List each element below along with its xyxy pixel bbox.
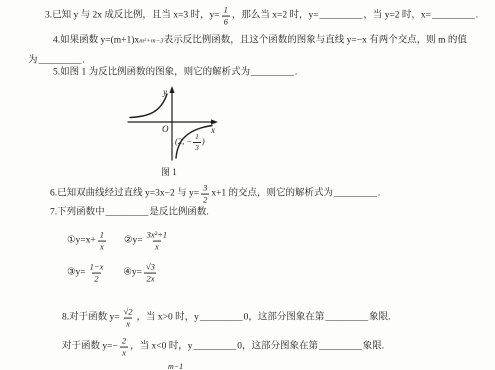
fraction-denominator: 2x bbox=[144, 273, 156, 284]
problem-4-text-2: 表示反比例函数，且这个函数的图象与直线 y=−x 有两个交点，则 m 的值 bbox=[164, 36, 467, 47]
fraction-two-over-x: 2 x bbox=[120, 337, 128, 358]
fraction-denominator: 6 bbox=[222, 16, 230, 27]
problem-8-text-2: ，当 x>0 时，y bbox=[137, 313, 199, 324]
options-row-2: ③y= 1−x 2 ④y= √3 2x bbox=[67, 263, 159, 284]
problem-3-text-3: ，当 y=2 时，x= bbox=[363, 11, 431, 22]
point-suffix: ) bbox=[202, 137, 205, 147]
y-axis-label: y bbox=[162, 87, 167, 97]
problem-8-line-1: 8.对于函数 y= √2 x ，当 x>0 时，y _________ 0，这部… bbox=[62, 308, 391, 329]
problem-6-text-2: x+1 的交点，则它的解析式为 bbox=[211, 189, 333, 200]
problem-6-text-3: . bbox=[378, 189, 380, 200]
problem-4-text-3: 为 bbox=[28, 56, 38, 67]
blank-line: _________ bbox=[334, 189, 377, 200]
fraction-one-third: 1 3 bbox=[193, 133, 201, 152]
point-prefix: (2, − bbox=[175, 137, 192, 147]
fraction-denominator: x bbox=[153, 241, 161, 252]
blank-line: _________ bbox=[325, 313, 368, 324]
fraction-sqrt2-over-x: √2 x bbox=[122, 308, 135, 329]
fraction-numerator: 3 bbox=[201, 184, 209, 194]
problem-8b-text-4: 象限. bbox=[363, 342, 384, 353]
problem-8-text-4: 象限. bbox=[369, 313, 390, 324]
problem-5-text-2: . bbox=[295, 68, 297, 79]
problem-4-text-4: . bbox=[82, 56, 84, 67]
problem-7-text-2: 是反比例函数. bbox=[149, 208, 208, 219]
hyperbola-graph: y x O bbox=[125, 84, 257, 180]
blank-line: _________ bbox=[432, 11, 475, 22]
option-4-fraction: √3 2x bbox=[144, 263, 157, 284]
fraction-three-halves: 3 2 bbox=[201, 184, 209, 205]
worksheet-page: 3.已知 y 与 2x 成反比例，且当 x=3 时，y= 1 6 ，那么当 x=… bbox=[0, 0, 495, 370]
option-1-prefix: ①y=x+ bbox=[67, 236, 96, 247]
problem-3-text-2: ，那么当 x=2 时，y= bbox=[232, 11, 319, 22]
problem-3-text-4: . bbox=[476, 11, 478, 22]
blank-line: _________ bbox=[320, 11, 363, 22]
fraction-numerator: 3x²+1 bbox=[145, 231, 170, 241]
fraction-one-sixth: 1 6 bbox=[222, 6, 230, 27]
blank-line: _________ bbox=[193, 342, 236, 353]
figure-caption: 图 1 bbox=[161, 167, 211, 177]
option-3-fraction: 1−x 2 bbox=[88, 263, 106, 284]
option-1-fraction: 1 x bbox=[98, 231, 106, 252]
option-4-prefix: ④y= bbox=[123, 268, 142, 279]
problem-4: 4.如果函数 y=(m+1)xm²+m−3 表示反比例函数，且这个函数的图象与直… bbox=[53, 36, 467, 47]
problem-8b-text-1: 对于函数 y=− bbox=[62, 342, 118, 353]
options-row-1: ①y=x+ 1 x ②y= 3x²+1 x bbox=[67, 231, 171, 252]
fraction-numerator: 1 bbox=[193, 133, 201, 142]
origin-label: O bbox=[162, 124, 169, 134]
fraction-numerator: 2 bbox=[120, 337, 128, 347]
exponent: m²+m−3 bbox=[139, 37, 164, 44]
problem-8b-text-2: ，当 x<0 时，y bbox=[130, 342, 192, 353]
blank-line: _________ bbox=[39, 56, 82, 67]
next-problem-fragment: m−1 bbox=[168, 362, 183, 370]
fraction-numerator: √3 bbox=[144, 263, 157, 273]
problem-8-text-3: 0，这部分图象在第 bbox=[244, 313, 325, 324]
problem-8b-text-3: 0，这部分图象在第 bbox=[237, 342, 318, 353]
fraction-numerator: 1 bbox=[98, 231, 106, 241]
fraction-numerator: √2 bbox=[122, 308, 135, 318]
fraction-denominator: 3 bbox=[193, 142, 201, 152]
problem-7-text-1: 7.下列函数中 bbox=[50, 208, 105, 219]
figure-1: y x O (2, − 1 3 ) 图 1 bbox=[125, 84, 257, 180]
fraction-denominator: 2 bbox=[201, 194, 209, 205]
problem-8-text-1: 8.对于函数 y= bbox=[62, 313, 120, 324]
problem-6: 6.已知双曲线经过直线 y=3x−2 与 y= 3 2 x+1 的交点，则它的解… bbox=[50, 184, 380, 205]
problem-3: 3.已知 y 与 2x 成反比例，且当 x=3 时，y= 1 6 ，那么当 x=… bbox=[45, 6, 478, 27]
blank-line: _________ bbox=[106, 208, 149, 219]
fragment-text: m−1 bbox=[168, 362, 183, 370]
y-axis-arrow-icon bbox=[169, 86, 174, 93]
problem-6-text-1: 6.已知双曲线经过直线 y=3x−2 与 y= bbox=[50, 189, 199, 200]
option-3-prefix: ③y= bbox=[67, 268, 86, 279]
x-axis-label: x bbox=[210, 125, 215, 135]
option-2-prefix: ②y= bbox=[124, 236, 143, 247]
fraction-denominator: x bbox=[120, 347, 128, 358]
blank-line: _________ bbox=[251, 68, 294, 79]
x-axis-arrow-icon bbox=[211, 119, 218, 124]
blank-line: _________ bbox=[200, 313, 243, 324]
problem-3-text-1: 3.已知 y 与 2x 成反比例，且当 x=3 时，y= bbox=[45, 11, 220, 22]
problem-5-text-1: 5.如图 1 为反比例函数的图象，则它的解析式为 bbox=[53, 68, 250, 79]
problem-4-text-1: 4.如果函数 y=(m+1)x bbox=[53, 36, 139, 47]
fraction-denominator: x bbox=[98, 241, 106, 252]
fraction-denominator: 2 bbox=[92, 273, 100, 284]
problem-7: 7.下列函数中 _________ 是反比例函数. bbox=[50, 208, 209, 219]
blank-line: _________ bbox=[319, 342, 362, 353]
problem-5: 5.如图 1 为反比例函数的图象，则它的解析式为 _________ . bbox=[53, 68, 297, 79]
problem-8-line-2: 对于函数 y=− 2 x ，当 x<0 时，y _________ 0，这部分图… bbox=[62, 337, 384, 358]
fraction-numerator: 1 bbox=[222, 6, 230, 16]
problem-4-continued: 为 _________ . bbox=[28, 56, 85, 67]
point-coordinates: (2, − 1 3 ) bbox=[175, 133, 205, 152]
fraction-denominator: x bbox=[124, 318, 132, 329]
option-2-fraction: 3x²+1 x bbox=[145, 231, 170, 252]
hyperbola-branch-q2 bbox=[130, 94, 167, 118]
fraction-numerator: 1−x bbox=[88, 263, 106, 273]
